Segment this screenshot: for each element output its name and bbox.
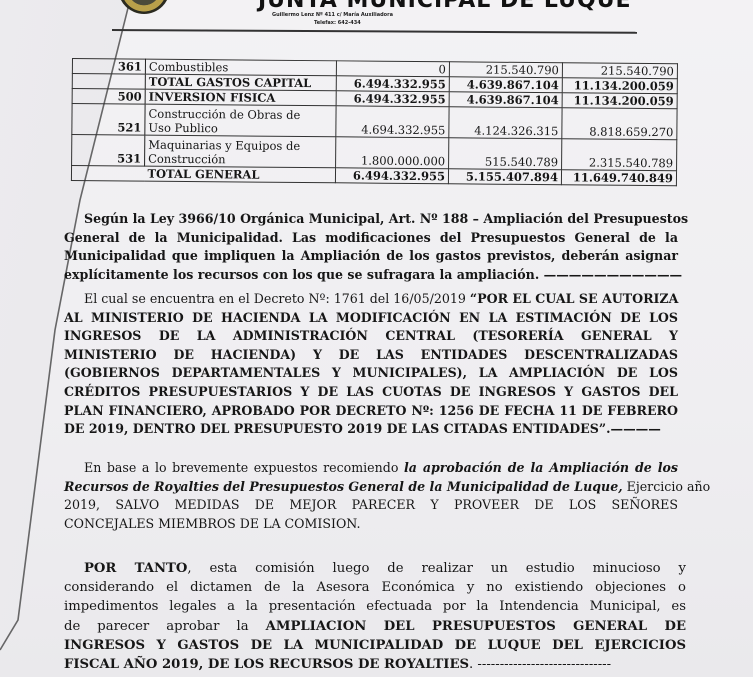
total-col3: 11.649.740.849 — [561, 170, 676, 186]
row-description-line2: Uso Publico — [148, 121, 218, 136]
text-line: INGRESOS Y GASTOS DE LA MUNICIPALIDAD DE… — [64, 636, 686, 655]
row-col3: 2.315.540.789 — [562, 139, 677, 171]
row-col3: 11.134.200.059 — [562, 93, 677, 109]
row-description: INVERSION FISICA — [145, 89, 336, 106]
paragraph-recomendacion: En base a lo brevemente expuestos recomi… — [64, 459, 678, 533]
text-line: POR TANTO, esta comisión luego de realiz… — [64, 559, 686, 578]
paragraph-decreto: El cual se encuentra en el Decreto Nº: 1… — [64, 290, 678, 439]
text-line: INGRESOS DE LA ADMINISTRACIÓN CENTRAL (T… — [64, 327, 678, 346]
row-description-line2: Construcción — [148, 152, 226, 167]
text-line: AL MINISTERIO DE HACIENDA LA MODIFICACIÓ… — [64, 309, 678, 328]
row-description: Maquinarias y Equipos deConstrucción — [145, 135, 336, 168]
text-line: considerando el dictamen de la Asesora E… — [64, 578, 686, 597]
text-line: Recursos de Royalties del Presupuestos G… — [64, 478, 678, 497]
total-label: TOTAL GENERAL — [71, 166, 335, 183]
text-line: impedimentos legales a la presentación e… — [64, 597, 686, 616]
budget-table: 361 Combustibles 0 215.540.790 215.540.7… — [71, 58, 678, 186]
row-code: 361 — [72, 59, 145, 75]
text-run: , esta comisión luego de realizar un est… — [187, 561, 686, 576]
row-col3: 215.540.790 — [562, 63, 677, 79]
row-col1: 4.694.332.955 — [336, 106, 449, 138]
text-run: Ejercicio año — [623, 479, 711, 494]
row-code: 500 — [72, 89, 145, 105]
row-code — [72, 74, 145, 90]
text-run-bold: “POR EL CUAL SE AUTORIZA — [470, 291, 679, 306]
text-line: explícitamente los recursos con los que … — [64, 266, 678, 285]
row-col1: 6.494.332.955 — [336, 76, 449, 92]
text-run-bold: AMPLIACION DEL PRESUPUESTOS GENERAL DE — [266, 619, 686, 634]
text-run-bold: FISCAL AÑO 2019, DE LOS RECURSOS DE ROYA… — [64, 657, 469, 672]
text-line: El cual se encuentra en el Decreto Nº: 1… — [64, 290, 678, 309]
row-description-line1: Construcción de Obras de — [148, 107, 300, 122]
letterhead-address: Guillermo Lenz Nº 411 c/ María Auxiliado… — [272, 12, 393, 18]
row-col3: 8.818.659.270 — [562, 108, 677, 140]
text-line: Según la Ley 3966/10 Orgánica Municipal,… — [64, 210, 678, 229]
total-col1: 6.494.332.955 — [335, 168, 448, 184]
paragraph-ley-organica: Según la Ley 3966/10 Orgánica Municipal,… — [64, 210, 678, 284]
row-col2: 4.639.867.104 — [449, 92, 562, 108]
text-line: DE 2019, DENTRO DEL PRESUPUESTO 2019 DE … — [64, 420, 678, 439]
row-col1: 0 — [336, 61, 449, 77]
text-run: . ------------------------------ — [469, 657, 611, 672]
text-run: de parecer aprobar la — [64, 619, 266, 634]
text-line: General de la Municipalidad. Las modific… — [64, 229, 678, 248]
table-row: 521 Construcción de Obras deUso Publico … — [72, 104, 677, 140]
row-col2: 515.540.789 — [449, 138, 562, 170]
row-col1: 6.494.332.955 — [336, 91, 449, 107]
letterhead-phone: Telefax: 642-434 — [314, 20, 361, 26]
row-code: 531 — [72, 135, 145, 167]
text-line: En base a lo brevemente expuestos recomi… — [64, 459, 678, 478]
text-run-italic: la aprobación de la Ampliación de los — [404, 460, 678, 475]
text-line: PLAN FINANCIERO, APROBADO POR DECRETO Nº… — [64, 402, 678, 421]
total-col2: 5.155.407.894 — [448, 169, 561, 185]
text-run: En base a lo brevemente expuestos recomi… — [84, 460, 404, 475]
text-line: MINISTERIO DE HACIENDA) Y DE LAS ENTIDAD… — [64, 346, 678, 365]
row-col1: 1.800.000.000 — [336, 137, 449, 169]
row-description-line1: Maquinarias y Equipos de — [148, 138, 300, 153]
row-col2: 4.124.326.315 — [449, 107, 562, 139]
text-run: El cual se encuentra en el Decreto Nº: 1… — [84, 291, 470, 306]
row-col2: 215.540.790 — [449, 62, 562, 78]
text-run-italic: Recursos de Royalties del Presupuestos G… — [64, 479, 623, 494]
text-line: (GOBIERNOS DEPARTAMENTALES Y MUNICIPALES… — [64, 364, 678, 383]
paragraph-por-tanto: POR TANTO, esta comisión luego de realiz… — [64, 559, 686, 674]
text-line: de parecer aprobar la AMPLIACION DEL PRE… — [64, 617, 686, 636]
text-line: Municipalidad que impliquen la Ampliació… — [64, 247, 678, 266]
text-line: 2019, SALVO MEDIDAS DE MEJOR PARECER Y P… — [64, 496, 678, 515]
row-col2: 4.639.867.104 — [449, 77, 562, 93]
text-line: FISCAL AÑO 2019, DE LOS RECURSOS DE ROYA… — [64, 655, 686, 674]
text-line: CONCEJALES MIEMBROS DE LA COMISION. — [64, 515, 678, 534]
row-code: 521 — [72, 104, 145, 136]
row-description: Combustibles — [145, 59, 336, 76]
table-row: 531 Maquinarias y Equipos deConstrucción… — [72, 135, 677, 171]
row-description: Construcción de Obras deUso Publico — [145, 104, 336, 137]
text-line: CRÉDITOS PRESUPUESTARIOS Y DE LAS CUOTAS… — [64, 383, 678, 402]
row-col3: 11.134.200.059 — [562, 78, 677, 94]
text-run-bold: POR TANTO — [84, 561, 187, 576]
row-description: TOTAL GASTOS CAPITAL — [145, 74, 336, 91]
